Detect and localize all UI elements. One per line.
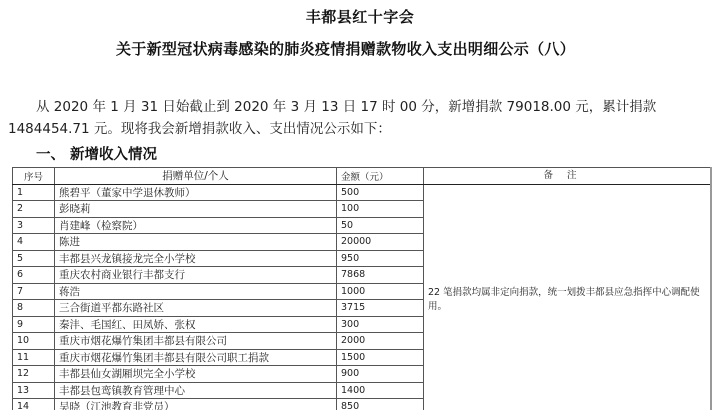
- cell-amount: 900: [337, 366, 424, 383]
- header-amount: 金额（元）: [337, 168, 424, 185]
- section-heading: 一、 新增收入情况: [36, 143, 157, 164]
- cell-name: 丰都县兴龙镇接龙完全小学校: [55, 250, 337, 267]
- document-title: 关于新型冠状病毒感染的肺炎疫情捐赠款物收入支出明细公示（八）: [116, 38, 575, 59]
- cell-name: 吴晓（江池教育非党员）: [55, 399, 337, 410]
- cell-name: 熊碧平（董家中学退休教师）: [55, 184, 337, 201]
- cell-seq: 3: [13, 217, 55, 234]
- header-donor: 捐赠单位/个人: [55, 168, 337, 185]
- cell-amount: 850: [337, 399, 424, 410]
- cell-seq: 12: [13, 366, 55, 383]
- table-header-row: 序号 捐赠单位/个人 金额（元） 备注: [13, 168, 712, 185]
- cell-amount: 1400: [337, 382, 424, 399]
- cell-amount: 300: [337, 316, 424, 333]
- cell-amount: 7868: [337, 267, 424, 284]
- cell-name: 彭晓莉: [55, 201, 337, 218]
- cell-name: 秦沣、毛国红、田凤娇、张权: [55, 316, 337, 333]
- cell-amount: 950: [337, 250, 424, 267]
- header-note: 备注: [424, 168, 712, 185]
- cell-seq: 7: [13, 283, 55, 300]
- cell-seq: 8: [13, 300, 55, 317]
- intro-paragraph: 从 2020 年 1 月 31 日始截止到 2020 年 3 月 13 日 17…: [8, 96, 708, 140]
- organization-title: 丰都县红十字会: [0, 6, 720, 27]
- cell-name: 丰都县包鸾镇教育管理中心: [55, 382, 337, 399]
- cell-name: 陈进: [55, 234, 337, 251]
- cell-amount: 20000: [337, 234, 424, 251]
- cell-name: 重庆市烟花爆竹集团丰都县有限公司职工捐款: [55, 349, 337, 366]
- cell-name: 蒋浩: [55, 283, 337, 300]
- cell-name: 重庆市烟花爆竹集团丰都县有限公司: [55, 333, 337, 350]
- cell-seq: 6: [13, 267, 55, 284]
- cell-seq: 10: [13, 333, 55, 350]
- cell-name: 肖建峰（检察院）: [55, 217, 337, 234]
- cell-seq: 2: [13, 201, 55, 218]
- cell-seq: 11: [13, 349, 55, 366]
- cell-seq: 9: [13, 316, 55, 333]
- cell-amount: 1500: [337, 349, 424, 366]
- cell-amount: 500: [337, 184, 424, 201]
- header-seq: 序号: [13, 168, 55, 185]
- donation-income-table: 序号 捐赠单位/个人 金额（元） 备注 1熊碧平（董家中学退休教师）50022 …: [12, 167, 712, 410]
- cell-amount: 2000: [337, 333, 424, 350]
- cell-amount: 50: [337, 217, 424, 234]
- note-cell: 22 笔捐款均属非定向捐款，统一划拨丰都县应急指挥中心调配使用。: [424, 184, 712, 410]
- cell-seq: 4: [13, 234, 55, 251]
- cell-seq: 13: [13, 382, 55, 399]
- cell-seq: 5: [13, 250, 55, 267]
- cell-seq: 14: [13, 399, 55, 410]
- cell-name: 重庆农村商业银行丰都支行: [55, 267, 337, 284]
- cell-seq: 1: [13, 184, 55, 201]
- table-row: 1熊碧平（董家中学退休教师）50022 笔捐款均属非定向捐款，统一划拨丰都县应急…: [13, 184, 712, 201]
- cell-name: 丰都县仙女湖厢坝完全小学校: [55, 366, 337, 383]
- cell-name: 三合街道平都东路社区: [55, 300, 337, 317]
- cell-amount: 3715: [337, 300, 424, 317]
- cell-amount: 100: [337, 201, 424, 218]
- cell-amount: 1000: [337, 283, 424, 300]
